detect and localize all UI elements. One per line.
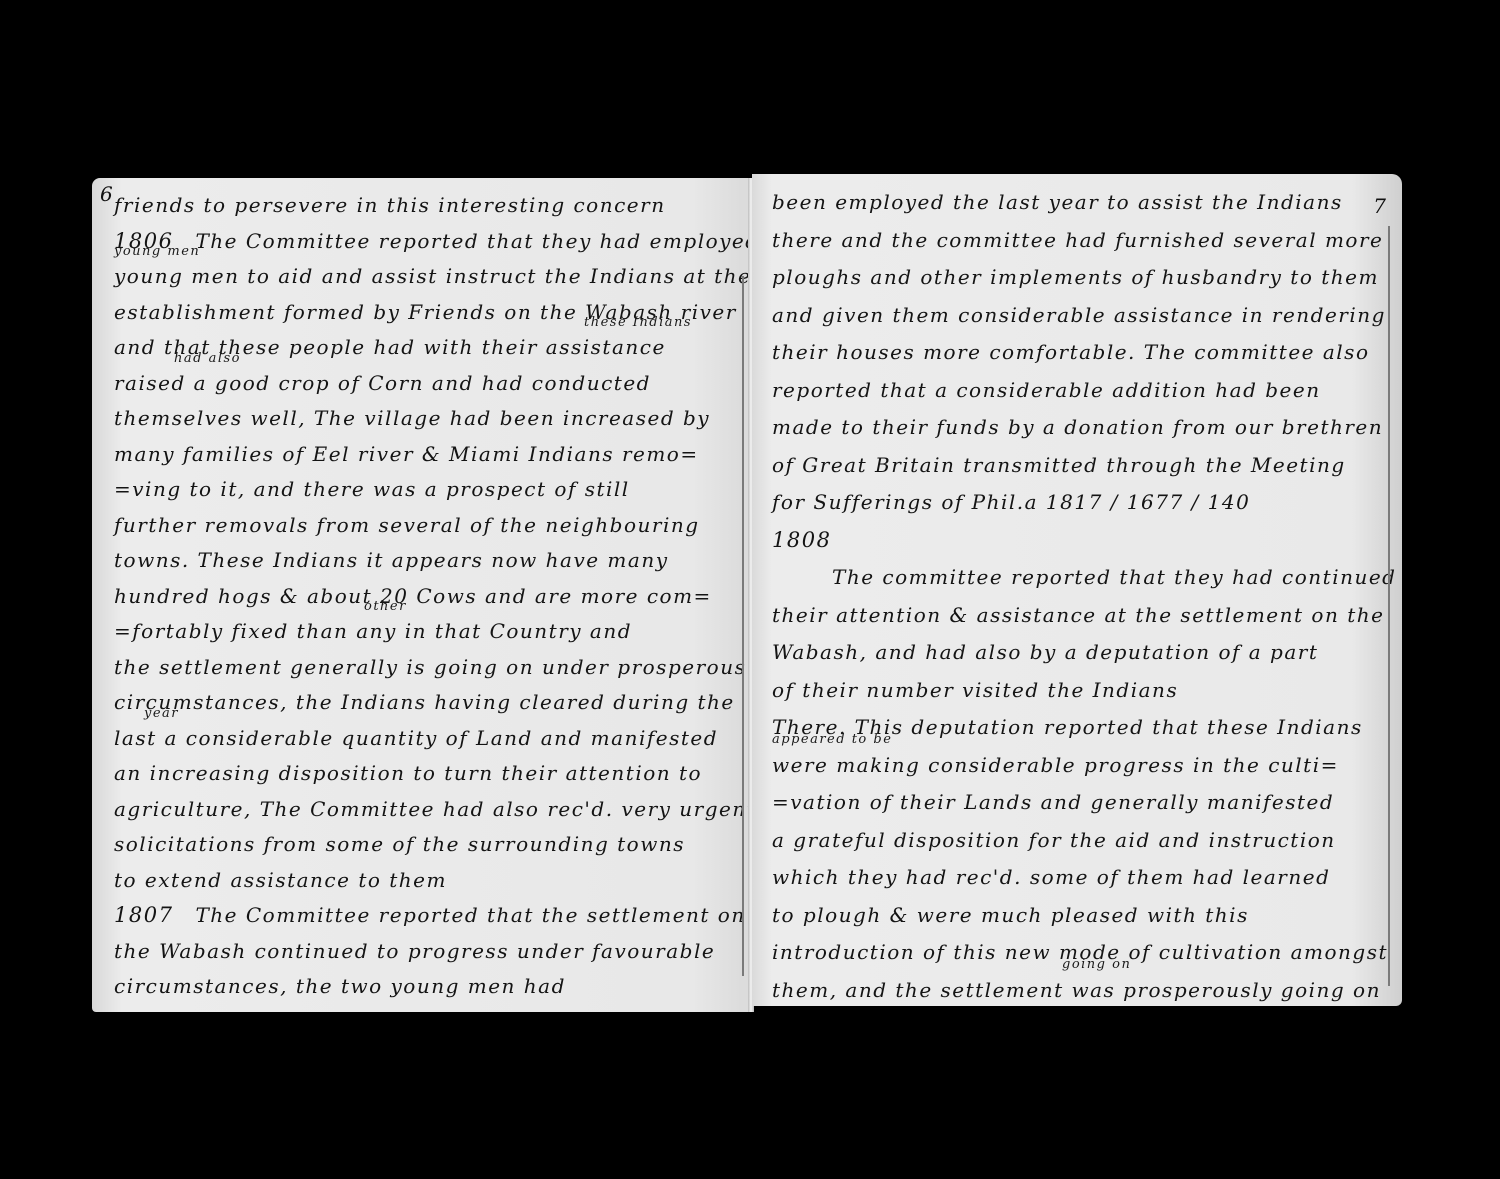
manuscript-line: to plough & were much pleased with this bbox=[772, 897, 1402, 935]
interlinear-insertion: had also bbox=[174, 352, 241, 366]
line-text: The committee reported that they had con… bbox=[832, 565, 1397, 589]
manuscript-line: The committee reported that they had con… bbox=[772, 559, 1402, 597]
line-text: =fortably fixed than any in that Country… bbox=[114, 619, 632, 643]
line-text: hundred hogs & about 20 Cows and are mor… bbox=[114, 584, 712, 608]
manuscript-line: been employed the last year to assist th… bbox=[772, 184, 1402, 222]
manuscript-line: an increasing disposition to turn their … bbox=[114, 756, 750, 792]
right-page-edge bbox=[1388, 226, 1390, 986]
line-text: which they had rec'd. some of them had l… bbox=[772, 865, 1330, 889]
interlinear-insertion: going on bbox=[1062, 958, 1131, 972]
manuscript-line: 1808 bbox=[772, 522, 1402, 560]
line-text: agriculture, The Committee had also rec'… bbox=[114, 797, 750, 821]
line-text: last a considerable quantity of Land and… bbox=[114, 726, 718, 750]
line-text: there and the committee had furnished se… bbox=[772, 228, 1383, 252]
left-page-text: friends to persevere in this interesting… bbox=[114, 188, 750, 1005]
line-text: to extend assistance to them bbox=[114, 868, 447, 892]
manuscript-line: their houses more comfortable. The commi… bbox=[772, 334, 1402, 372]
manuscript-line: further removals from several of the nei… bbox=[114, 508, 750, 544]
manuscript-line: themselves well, The village had been in… bbox=[114, 401, 750, 437]
manuscript-line: other=fortably fixed than any in that Co… bbox=[114, 614, 750, 650]
line-text: The Committee reported that the settleme… bbox=[195, 903, 745, 927]
line-text: circumstances, the two young men had bbox=[114, 974, 566, 998]
manuscript-line: young menyoung men to aid and assist ins… bbox=[114, 259, 750, 295]
interlinear-insertion: these Indians bbox=[584, 316, 692, 330]
line-text: further removals from several of the nei… bbox=[114, 513, 700, 537]
manuscript-line: which they had rec'd. some of them had l… bbox=[772, 859, 1402, 897]
manuscript-line: their attention & assistance at the sett… bbox=[772, 597, 1402, 635]
line-text: were making considerable progress in the… bbox=[772, 753, 1339, 777]
line-text: a grateful disposition for the aid and i… bbox=[772, 828, 1336, 852]
manuscript-line: circumstances, the two young men had bbox=[114, 969, 750, 1005]
line-text: raised a good crop of Corn and had condu… bbox=[114, 371, 651, 395]
line-text: of their number visited the Indians bbox=[772, 678, 1178, 702]
line-text: themselves well, The village had been in… bbox=[114, 406, 710, 430]
line-text: circumstances, the Indians having cleare… bbox=[114, 690, 735, 714]
left-page-edge bbox=[742, 276, 744, 976]
manuscript-line: had alsoraised a good crop of Corn and h… bbox=[114, 366, 750, 402]
manuscript-line: the settlement generally is going on und… bbox=[114, 650, 750, 686]
manuscript-line: reported that a considerable addition ha… bbox=[772, 372, 1402, 410]
manuscript-line: going onthem, and the settlement was pro… bbox=[772, 972, 1402, 1007]
line-text: the settlement generally is going on und… bbox=[114, 655, 746, 679]
right-page: 7 been employed the last year to assist … bbox=[752, 174, 1402, 1006]
manuscript-line: circumstances, the Indians having cleare… bbox=[114, 685, 750, 721]
left-page-number: 6 bbox=[100, 182, 113, 206]
manuscript-line: there and the committee had furnished se… bbox=[772, 222, 1402, 260]
line-text: and given them considerable assistance i… bbox=[772, 303, 1386, 327]
manuscript-line: =vation of their Lands and generally man… bbox=[772, 784, 1402, 822]
line-text: to plough & were much pleased with this bbox=[772, 903, 1249, 927]
line-text: Wabash, and had also by a deputation of … bbox=[772, 640, 1318, 664]
manuscript-line: made to their funds by a donation from o… bbox=[772, 409, 1402, 447]
manuscript-line: agriculture, The Committee had also rec'… bbox=[114, 792, 750, 828]
manuscript-line: to extend assistance to them bbox=[114, 863, 750, 899]
manuscript-line: a grateful disposition for the aid and i… bbox=[772, 822, 1402, 860]
manuscript-line: of their number visited the Indians bbox=[772, 672, 1402, 710]
line-text: =ving to it, and there was a prospect of… bbox=[114, 477, 630, 501]
line-text: of Great Britain transmitted through the… bbox=[772, 453, 1346, 477]
interlinear-insertion: appeared to be bbox=[772, 733, 892, 747]
line-text: reported that a considerable addition ha… bbox=[772, 378, 1321, 402]
line-text: friends to persevere in this interesting… bbox=[114, 193, 666, 217]
right-page-text: been employed the last year to assist th… bbox=[772, 184, 1402, 1006]
manuscript-line: appeared to bewere making considerable p… bbox=[772, 747, 1402, 785]
line-text: them, and the settlement was prosperousl… bbox=[772, 978, 1381, 1002]
line-text: solicitations from some of the surroundi… bbox=[114, 832, 685, 856]
manuscript-line: 1806The Committee reported that they had… bbox=[114, 224, 750, 260]
manuscript-line: towns. These Indians it appears now have… bbox=[114, 543, 750, 579]
line-text: for Sufferings of Phil.a 1817 / 1677 / 1… bbox=[772, 490, 1250, 514]
line-text: been employed the last year to assist th… bbox=[772, 190, 1343, 214]
manuscript-line: many families of Eel river & Miami India… bbox=[114, 437, 750, 473]
manuscript-line: yearlast a considerable quantity of Land… bbox=[114, 721, 750, 757]
manuscript-line: for Sufferings of Phil.a 1817 / 1677 / 1… bbox=[772, 484, 1402, 522]
line-text: their attention & assistance at the sett… bbox=[772, 603, 1384, 627]
manuscript-line: the Wabash continued to progress under f… bbox=[114, 934, 750, 970]
manuscript-line: of Great Britain transmitted through the… bbox=[772, 447, 1402, 485]
line-text: =vation of their Lands and generally man… bbox=[772, 790, 1334, 814]
manuscript-spread: 6 friends to persevere in this interesti… bbox=[92, 166, 1422, 1008]
manuscript-line: 1807The Committee reported that the sett… bbox=[114, 898, 750, 934]
manuscript-line: and given them considerable assistance i… bbox=[772, 297, 1402, 335]
line-text: made to their funds by a donation from o… bbox=[772, 415, 1383, 439]
line-text: an increasing disposition to turn their … bbox=[114, 761, 702, 785]
manuscript-line: ploughs and other implements of husbandr… bbox=[772, 259, 1402, 297]
manuscript-line: =ving to it, and there was a prospect of… bbox=[114, 472, 750, 508]
manuscript-line: Wabash, and had also by a deputation of … bbox=[772, 634, 1402, 672]
line-text: their houses more comfortable. The commi… bbox=[772, 340, 1369, 364]
manuscript-line: friends to persevere in this interesting… bbox=[114, 188, 750, 224]
line-text: many families of Eel river & Miami India… bbox=[114, 442, 699, 466]
entry-year: 1808 bbox=[772, 528, 831, 552]
line-text: ploughs and other implements of husbandr… bbox=[772, 265, 1379, 289]
line-text: towns. These Indians it appears now have… bbox=[114, 548, 669, 572]
entry-year: 1807 bbox=[114, 903, 173, 927]
line-text: The Committee reported that they had emp… bbox=[195, 229, 750, 253]
left-page: 6 friends to persevere in this interesti… bbox=[92, 178, 750, 1012]
interlinear-insertion: young men bbox=[114, 245, 200, 259]
interlinear-insertion: year bbox=[144, 707, 179, 721]
manuscript-line: hundred hogs & about 20 Cows and are mor… bbox=[114, 579, 750, 615]
manuscript-line: solicitations from some of the surroundi… bbox=[114, 827, 750, 863]
interlinear-insertion: other bbox=[364, 600, 407, 614]
line-text: the Wabash continued to progress under f… bbox=[114, 939, 715, 963]
line-text: young men to aid and assist instruct the… bbox=[114, 264, 750, 288]
